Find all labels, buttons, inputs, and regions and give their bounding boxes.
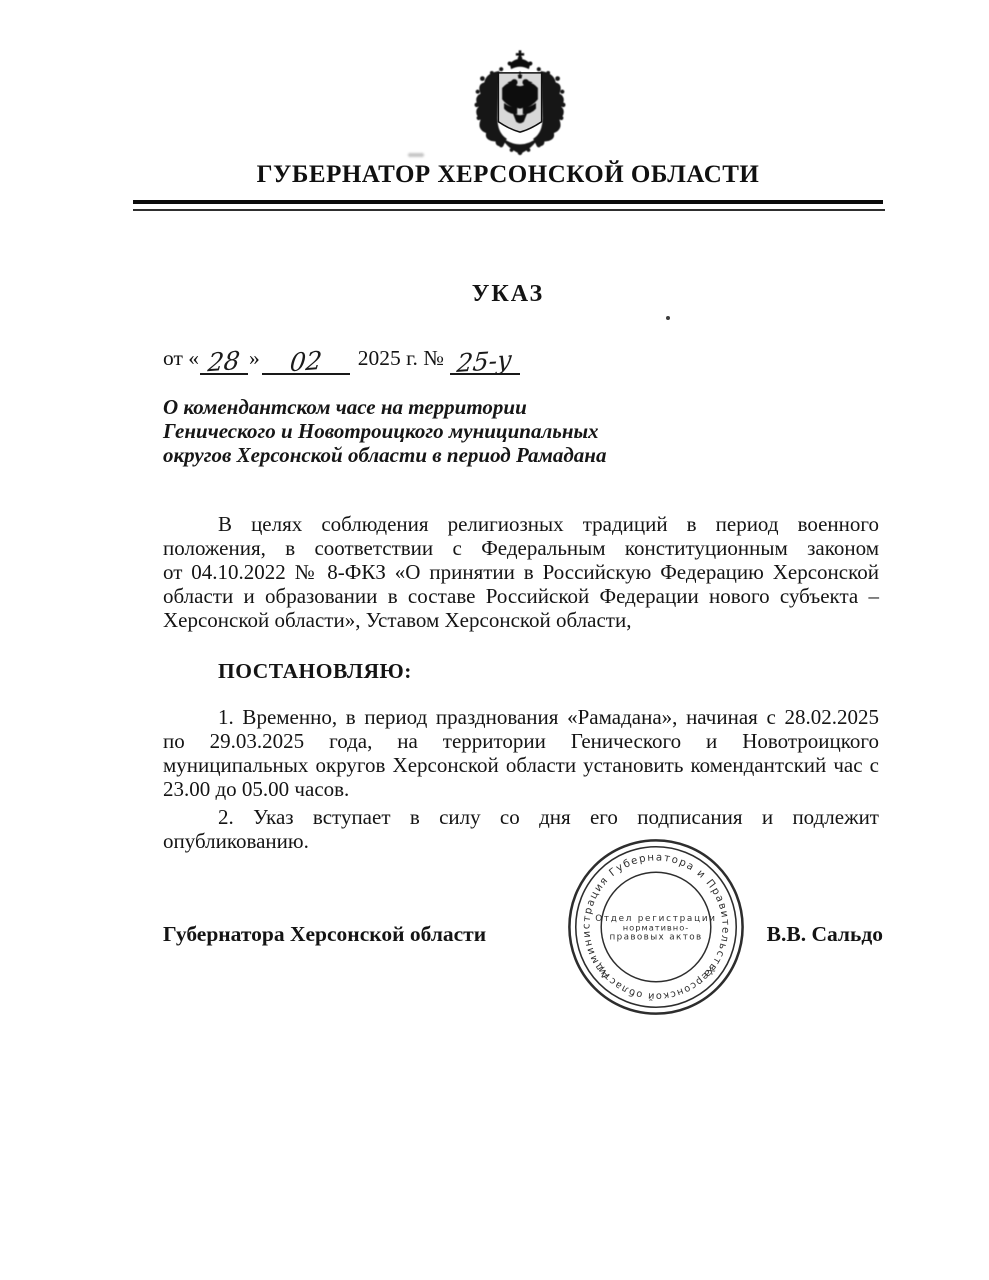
date-close-quote: »	[249, 346, 260, 370]
text-line: по 29.03.2025 года, на территории Гениче…	[163, 729, 879, 753]
date-prefix-text: от «	[163, 346, 199, 370]
date-and-number-line: от «28»022025 г. №25-у	[163, 346, 520, 375]
text-line: положения, в соответствии с Федеральным …	[163, 536, 879, 560]
official-round-stamp: Администрация Губернатора и Правительств…	[565, 836, 747, 1018]
text-line: муниципальных округов Херсонской области…	[163, 753, 879, 777]
stamp-center-line: нормативно-	[623, 922, 689, 932]
decree-document-page: ГУБЕРНАТОР ХЕРСОНСКОЙ ОБЛАСТИ УКАЗ от «2…	[0, 0, 989, 1280]
document-number-field: 25-у	[450, 346, 520, 375]
signatory-position: Губернатора Херсонской области	[163, 922, 486, 947]
decree-item-2: 2. Указ вступает в силу со дня его подпи…	[163, 805, 879, 853]
double-headed-eagle-icon	[473, 48, 567, 158]
subject-line: Генического и Новотроицкого муниципальны…	[163, 419, 723, 443]
text-line: 23.00 до 05.00 часов.	[163, 777, 879, 801]
decree-item-1: 1. Временно, в период празднования «Рама…	[163, 705, 879, 801]
month-field: 02	[262, 346, 350, 375]
text-line: Херсонской области», Уставом Херсонской …	[163, 608, 879, 632]
header-rule-thick	[133, 200, 883, 204]
text-line: от 04.10.2022 № 8-ФКЗ «О принятии в Росс…	[163, 560, 879, 584]
signatory-name: В.В. Сальдо	[767, 922, 883, 947]
text-line: В целях соблюдения религиозных традиций …	[163, 512, 879, 536]
coat-of-arms-emblem	[473, 48, 567, 158]
header-rule-thin	[133, 209, 885, 211]
subject-line: округов Херсонской области в период Рама…	[163, 443, 723, 467]
noise-speck	[666, 316, 670, 320]
text-line: опубликованию.	[163, 829, 879, 853]
round-seal-icon: Администрация Губернатора и Правительств…	[565, 836, 747, 1018]
resolution-word: ПОСТАНОВЛЯЮ:	[163, 659, 412, 684]
year-and-number-text: 2025 г. №	[358, 346, 444, 370]
subject-line: О комендантском часе на территории	[163, 395, 723, 419]
issuing-authority-title: ГУБЕРНАТОР ХЕРСОНСКОЙ ОБЛАСТИ	[133, 161, 883, 189]
handwritten-month: 02	[288, 346, 323, 378]
handwritten-number: 25-у	[456, 345, 514, 378]
text-line: 1. Временно, в период празднования «Рама…	[163, 705, 879, 729]
handwritten-day: 28	[207, 346, 242, 378]
day-field: 28	[200, 346, 248, 375]
preamble-paragraph: В целях соблюдения религиозных традиций …	[163, 512, 879, 632]
text-line: области и образовании в составе Российск…	[163, 584, 879, 608]
text-line: 2. Указ вступает в силу со дня его подпи…	[163, 805, 879, 829]
decree-subject: О комендантском часе на территории Генич…	[163, 395, 723, 467]
stamp-center-line: правовых актов	[610, 933, 703, 943]
document-type-title: УКАЗ	[163, 281, 853, 308]
noise-speck	[408, 153, 424, 157]
